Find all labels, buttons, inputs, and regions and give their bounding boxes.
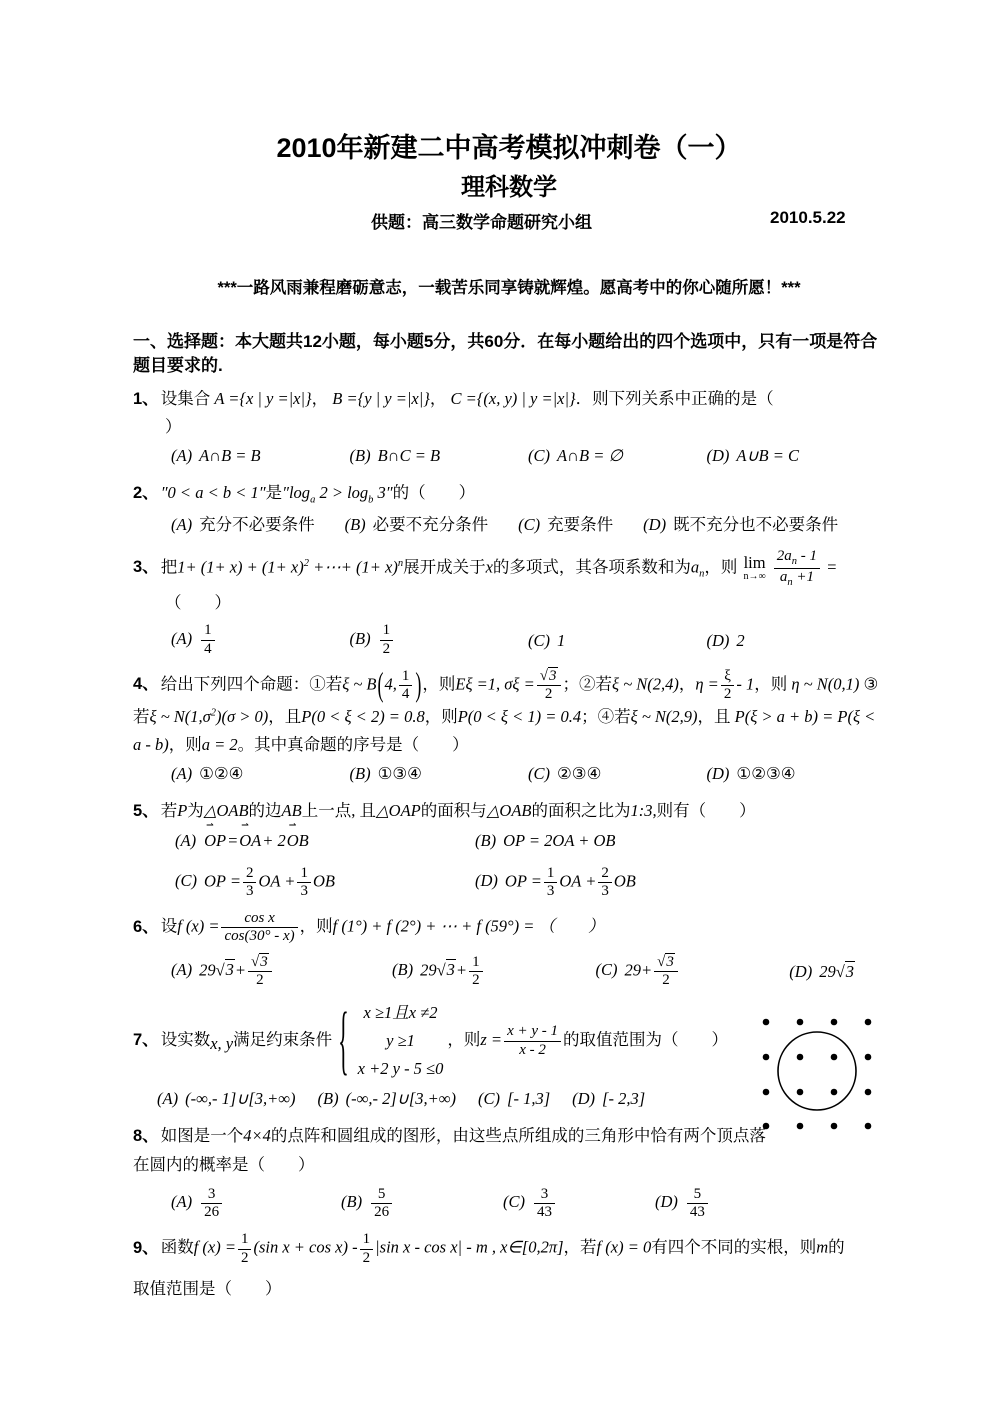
text-run: 的面积与 — [421, 801, 487, 820]
fraction-numerator: 1 — [360, 1231, 374, 1249]
fraction-denominator: 2 — [469, 972, 483, 989]
option-C: (C)②③④ — [528, 760, 707, 787]
option-value: ①②④ — [199, 764, 243, 783]
math-run: 3″ — [373, 483, 392, 502]
math-run: OP — [204, 831, 226, 850]
text-run: ， — [430, 389, 451, 408]
option-label: (B) — [318, 1089, 339, 1108]
dot-grid — [763, 1019, 872, 1130]
question-number: 8、 — [133, 1127, 159, 1145]
math-run: Eξ =1, σξ = — [455, 674, 534, 693]
option-A: (A)充分不必要条件 — [171, 511, 315, 538]
fraction: 543 — [687, 1186, 708, 1222]
option-value: 必要不充分条件 — [373, 515, 489, 534]
page-title: 2010年新建二中高考模拟冲刺卷（一） — [133, 126, 885, 165]
radicand: 3 — [665, 953, 675, 970]
option-value: A∩B = B — [199, 446, 261, 465]
math-run: OP = — [204, 871, 241, 890]
fraction-denominator: 2 — [248, 972, 272, 989]
math-run: = — [227, 831, 238, 850]
option-A: (A)14 — [171, 622, 350, 658]
fraction-denominator: 2 — [721, 686, 735, 703]
text-run: 的取值范围为（ ） — [563, 1030, 728, 1049]
question-8: 8、如图是一个4×4的点阵和圆组成的图形，由这些点所组成的三角形中恰有两个顶点落… — [133, 1122, 768, 1221]
fraction-numerator: 1 — [469, 954, 483, 972]
option-B: (B)①③④ — [350, 760, 529, 787]
section-heading: 一、选择题：本大题共12小题，每小题5分，共60分．在每小题给出的四个选项中，只… — [133, 330, 885, 378]
math-run: |sin x - cos x| - m , x∈[0,2π] — [375, 1238, 563, 1257]
math-run: OA + — [559, 871, 596, 890]
math-run: f (x) = — [194, 1238, 236, 1257]
option-value: B∩C = B — [378, 446, 440, 465]
math-run: 29 — [625, 960, 642, 979]
option-label: (A) — [157, 1089, 178, 1108]
radical-sign: √ — [836, 962, 845, 981]
fraction-numerator: cos x — [221, 910, 297, 928]
text-run: ，则 — [754, 674, 787, 693]
option-C: (C)1 — [528, 627, 707, 654]
math-run: f (x) = — [177, 917, 219, 936]
text-run: ，则 — [447, 1030, 480, 1049]
math-run: m — [816, 1238, 828, 1257]
vector: ⇀OA — [239, 827, 261, 854]
option-A: (A)326 — [171, 1186, 341, 1222]
system-lines: x ≥1且x ≠2y ≥1x +2 y - 5 ≤0 — [358, 999, 444, 1083]
text-run: 的面积之比为 — [532, 801, 631, 820]
fraction-denominator: 43 — [534, 1204, 555, 1221]
math-run: OB — [614, 871, 636, 890]
q4-options: (A)①②④ (B)①③④ (C)②③④ (D)①②③④ — [171, 760, 885, 787]
fraction-denominator: 26 — [201, 1204, 222, 1221]
math-run: OA + — [258, 871, 295, 890]
option-label: (A) — [171, 764, 192, 783]
fraction: 23 — [243, 865, 257, 901]
radical-sign: √ — [437, 960, 446, 979]
option-label: (C) — [528, 631, 550, 650]
math-run: ξ ~ N(2,4) — [612, 674, 679, 693]
fraction: 12 — [360, 1231, 374, 1267]
option-label: (D) — [707, 446, 730, 465]
math-run: +⋯+ (1+ x) — [309, 557, 398, 576]
option-value: ①③④ — [378, 764, 422, 783]
option-label: (D) — [707, 764, 730, 783]
question-number: 1、 — [133, 390, 159, 408]
fraction-numerator: 1 — [399, 668, 413, 686]
option-value: [- 1,3] — [507, 1089, 550, 1108]
math-run: f (1°) + f (2°) + ⋯ + f (59°) = （ ） — [333, 917, 605, 936]
vector-arrow: ⇀ — [289, 818, 297, 833]
fraction: √32 — [537, 668, 561, 704]
fraction-denominator: 3 — [598, 883, 612, 900]
fraction-denominator: 4 — [399, 686, 413, 703]
option-C: (C)OP =23OA +13OB — [175, 865, 475, 901]
math-run: ″0 < a < b < 1″ — [161, 483, 266, 502]
option-label: (A) — [175, 831, 196, 850]
text-run: 设集合 — [161, 389, 215, 408]
option-value: 1 — [557, 631, 565, 650]
option-D: (D)2 — [707, 627, 886, 654]
answer-blank-close: （ ） — [165, 593, 231, 612]
option-D: (D)OP =13OA +23OB — [475, 865, 885, 901]
math-run: η ~ N(0,1) — [791, 674, 859, 693]
fraction-numerator: 1 — [544, 865, 558, 883]
constraint-system: {x ≥1且x ≠2y ≥1x +2 y - 5 ≤0 — [336, 999, 443, 1083]
fraction-numerator: 2 — [243, 865, 257, 883]
fraction-numerator: 3 — [201, 1186, 222, 1204]
option-B: (B)526 — [341, 1186, 503, 1222]
fraction: 14 — [201, 622, 215, 658]
fraction: cos xcos(30° - x) — [221, 910, 297, 946]
option-label: (B) — [341, 1192, 362, 1211]
option-D: (D)①②③④ — [707, 760, 886, 787]
option-label: (B) — [475, 831, 496, 850]
text-run: 的边 — [249, 801, 282, 820]
lim-subscript: n→∞ — [744, 572, 766, 582]
fraction-numerator: 1 — [238, 1231, 252, 1249]
fraction: 13 — [544, 865, 558, 901]
text-run: ， — [312, 389, 333, 408]
fraction-denominator: 2 — [654, 972, 678, 989]
option-D: (D)543 — [655, 1186, 710, 1222]
text-run: ，且 — [698, 707, 731, 726]
fraction-numerator: 1 — [297, 865, 311, 883]
text-run: 的 — [828, 1238, 845, 1257]
question-9-line2: 取值范围是（ ） — [133, 1275, 885, 1302]
question-number: 3、 — [133, 558, 159, 576]
math-run: + — [641, 960, 652, 979]
fraction: 23 — [598, 865, 612, 901]
text-run: 设 — [161, 917, 178, 936]
math-run: △OAB — [204, 801, 249, 820]
square-root: √3 — [437, 959, 456, 979]
square-root: √3 — [216, 959, 235, 979]
fraction-denominator: 3 — [297, 883, 311, 900]
vector: ⇀OB — [287, 827, 309, 854]
option-D: (D)A∪B = C — [707, 442, 886, 469]
question-9: 9、函数f (x) =12(sin x + cos x) -12|sin x -… — [133, 1231, 885, 1302]
fraction-denominator: 26 — [371, 1204, 392, 1221]
fraction: 343 — [534, 1186, 555, 1222]
fraction-denominator: 2 — [537, 686, 561, 703]
option-value: (-∞,- 1]∪[3,+∞) — [185, 1089, 295, 1108]
text-run: ；④若 — [581, 707, 631, 726]
option-A: (A)A∩B = B — [171, 442, 350, 469]
math-run: x, y — [210, 1034, 233, 1053]
left-paren: ( — [378, 657, 384, 713]
text-run: 展开成关于 — [403, 557, 486, 576]
text-run: 是 — [266, 483, 283, 502]
vector-arrow: ⇀ — [206, 818, 214, 833]
right-paren: ) — [415, 657, 421, 713]
option-label: (C) — [528, 764, 550, 783]
fraction: x + y - 1x - 2 — [504, 1023, 561, 1059]
fraction: 2an - 1an +1 — [774, 548, 820, 589]
math-run: 1+ (1+ x) + (1+ x) — [177, 557, 304, 576]
square-root: √3 — [836, 961, 855, 981]
question-number: 5、 — [133, 802, 159, 820]
text-run: 上一点, 且 — [302, 801, 376, 820]
math-run: OA — [239, 831, 261, 850]
math-run: = — [826, 557, 837, 576]
option-value: 既不充分也不必要条件 — [673, 515, 838, 534]
circle-outline — [778, 1032, 856, 1110]
option-label: (D) — [707, 631, 730, 650]
fraction-denominator: an +1 — [774, 569, 820, 589]
option-A: (A)⇀OP=⇀OA+ 2⇀OB — [175, 827, 475, 854]
option-label: (D) — [655, 1192, 678, 1211]
option-A: (A)29√3+√32 — [171, 954, 362, 990]
option-label: (C) — [175, 871, 197, 890]
answer-blank-close: ） — [165, 417, 182, 436]
motto-line: ***一路风雨兼程磨砺意志，一载苦乐同享铸就辉煌。愿高考中的你心随所愿！*** — [133, 274, 885, 298]
math-run: ξ ~ B — [342, 674, 376, 693]
math-run: AB — [282, 801, 302, 820]
question-number: 4、 — [133, 675, 159, 693]
fraction-denominator: 2 — [360, 1250, 374, 1267]
math-run: B ={y | y =|x|} — [332, 389, 430, 408]
math-run: 2a — [777, 548, 792, 564]
radicand: 3 — [845, 961, 855, 981]
fraction-numerator: √3 — [248, 954, 272, 972]
option-B: (B)B∩C = B — [350, 442, 529, 469]
fraction-denominator: 2 — [238, 1250, 252, 1267]
option-B: (B)29√3+12 — [392, 954, 566, 990]
q5-options: (A)⇀OP=⇀OA+ 2⇀OB (B)OP = 2OA + OB (C)OP … — [175, 827, 885, 900]
question-number: 7、 — [133, 1031, 159, 1049]
constraint-line: y ≥1 — [358, 1027, 444, 1055]
text-run: 则有（ ） — [657, 801, 756, 820]
option-label: (C) — [528, 446, 550, 465]
square-root: √3 — [657, 953, 675, 970]
option-label: (B) — [350, 446, 371, 465]
math-run: △OAP — [376, 801, 421, 820]
fraction: 12 — [469, 954, 483, 990]
option-label: (B) — [345, 515, 366, 534]
question-number: 9、 — [133, 1239, 159, 1257]
provider-row: 供题：高三数学命题研究小组 2010.5.22 — [133, 208, 885, 234]
exam-paper-page: 2010年新建二中高考模拟冲刺卷（一） 理科数学 供题：高三数学命题研究小组 2… — [0, 0, 1000, 1415]
constraint-line: x +2 y - 5 ≤0 — [358, 1055, 444, 1083]
q6-options: (A)29√3+√32 (B)29√3+12 (C)29+√32 (D)29√3 — [171, 954, 885, 990]
limit-operator: limn→∞ — [744, 555, 766, 583]
option-value: [- 2,3] — [602, 1089, 645, 1108]
math-run: 29 — [420, 960, 437, 979]
option-value: A∩B = ∅ — [557, 446, 623, 465]
math-run: x — [486, 557, 493, 576]
fraction-numerator: √3 — [654, 954, 678, 972]
text-run: 如图是一个 — [161, 1126, 244, 1145]
system-brace: { — [338, 978, 349, 1105]
math-run: a — [691, 557, 699, 576]
text-run: 函数 — [161, 1238, 194, 1257]
math-run: )(σ > 0) — [216, 707, 268, 726]
fraction-numerator: 2 — [598, 865, 612, 883]
math-run: 1:3, — [631, 801, 657, 820]
option-A: (A)①②④ — [171, 760, 350, 787]
fraction-denominator: 2 — [380, 641, 394, 658]
option-C: (C)343 — [503, 1186, 655, 1222]
option-label: (D) — [572, 1089, 595, 1108]
math-run: a = 2 — [202, 735, 238, 754]
vector: ⇀OP — [204, 827, 226, 854]
question-3: 3、把1+ (1+ x) + (1+ x)2 +⋯+ (1+ x)n展开成关于x… — [133, 548, 885, 658]
provider-label: 供题：高三数学命题研究小组 — [371, 208, 592, 233]
fraction-numerator: x + y - 1 — [504, 1023, 561, 1041]
math-run: f (x) = 0 — [597, 1238, 652, 1257]
fraction: 13 — [297, 865, 311, 901]
radicand: 3 — [259, 953, 269, 970]
option-label: (D) — [475, 871, 498, 890]
fraction: 14 — [399, 668, 413, 704]
math-run: - 1 — [736, 674, 754, 693]
option-value: 充分不必要条件 — [199, 515, 315, 534]
math-run: P(0 < ξ < 2) = 0.8 — [301, 707, 424, 726]
lim-word: lim — [744, 553, 766, 572]
fraction-numerator: 5 — [687, 1186, 708, 1204]
question-1: 1、设集合 A ={x | y =|x|}， B ={y | y =|x|}， … — [133, 385, 885, 470]
fraction-numerator: 1 — [201, 622, 215, 640]
q2-options: (A)充分不必要条件 (B)必要不充分条件 (C)充要条件 (D)既不充分也不必… — [171, 511, 885, 538]
math-run: 29 — [819, 962, 836, 981]
option-value: ②③④ — [557, 764, 601, 783]
option-D: (D)29√3 — [789, 958, 855, 985]
math-run: + — [235, 960, 246, 979]
radicand: 3 — [446, 959, 456, 979]
text-run: 满足约束条件 — [233, 1030, 332, 1049]
fraction-denominator: cos(30° - x) — [221, 928, 297, 945]
option-value: 2 — [736, 631, 744, 650]
option-D: (D)[- 2,3] — [572, 1085, 645, 1112]
math-run: P(0 < ξ < 1) = 0.4 — [458, 707, 581, 726]
fraction-denominator: 3 — [544, 883, 558, 900]
option-C: (C)[- 1,3] — [478, 1085, 550, 1112]
text-run: ，则 — [425, 707, 458, 726]
option-label: (B) — [392, 960, 413, 979]
option-C: (C)充要条件 — [518, 511, 613, 538]
math-run: ξ ~ N(1,σ — [150, 707, 211, 726]
square-root: √3 — [540, 667, 558, 684]
question-number: 2、 — [133, 484, 159, 502]
math-run: + — [456, 960, 467, 979]
option-value: A∪B = C — [736, 446, 799, 465]
math-run: 2 > log — [315, 483, 368, 502]
math-run: P — [177, 801, 187, 820]
math-run: 4, — [385, 674, 397, 693]
page-subtitle: 理科数学 — [133, 167, 885, 202]
fraction: 12 — [380, 622, 394, 658]
option-label: (B) — [350, 629, 371, 648]
option-B: (B)必要不充分条件 — [345, 511, 489, 538]
math-run: C ={(x, y) | y =|x|} — [451, 389, 576, 408]
option-A: (A)(-∞,- 1]∪[3,+∞) — [157, 1085, 296, 1112]
fraction: 326 — [201, 1186, 222, 1222]
fraction-denominator: 3 — [243, 883, 257, 900]
fraction-numerator: 1 — [380, 622, 394, 640]
text-run: ，则 — [300, 917, 333, 936]
text-run: 为 — [187, 801, 204, 820]
fraction-numerator: ξ — [721, 668, 735, 686]
math-run: △OAB — [487, 801, 532, 820]
text-run: 设实数 — [161, 1030, 211, 1049]
option-B: (B)OP = 2OA + OB — [475, 827, 885, 854]
option-label: (B) — [350, 764, 371, 783]
option-label: (C) — [503, 1192, 525, 1211]
text-run: ，若 — [564, 1238, 597, 1257]
text-run: 。其中真命题的序号是（ ） — [238, 735, 469, 754]
text-run: ，且 — [268, 707, 301, 726]
radical-sign: √ — [540, 668, 548, 684]
math-run: OP = — [505, 871, 542, 890]
option-C: (C)A∩B = ∅ — [528, 442, 707, 469]
fraction-numerator: 3 — [534, 1186, 555, 1204]
fraction-numerator: √3 — [537, 668, 561, 686]
constraint-line: x ≥1且x ≠2 — [358, 999, 444, 1027]
math-run: ξ ~ N(2,9) — [631, 707, 698, 726]
option-C: (C)29+√32 — [596, 954, 760, 990]
q1-options: (A)A∩B = B (B)B∩C = B (C)A∩B = ∅ (D)A∪B … — [171, 442, 885, 469]
option-label: (C) — [596, 960, 618, 979]
question-4: 4、给出下列四个命题：①若ξ ~ B(4,14)，则Eξ =1, σξ =√32… — [133, 668, 885, 787]
math-run: - 1 — [797, 548, 817, 564]
text-run: 的（ ） — [393, 483, 476, 502]
text-run: 把 — [161, 557, 178, 576]
math-run: OB — [287, 831, 309, 850]
option-label: (A) — [171, 515, 192, 534]
question-number: 6、 — [133, 918, 159, 936]
square-root: √3 — [251, 953, 269, 970]
radicand: 3 — [225, 959, 235, 979]
fraction-denominator: 43 — [687, 1204, 708, 1221]
math-run: OB — [313, 871, 335, 890]
text-run: 给出下列四个命题：①若 — [161, 674, 343, 693]
option-label: (A) — [171, 446, 192, 465]
option-value: OP = 2OA + OB — [503, 831, 615, 850]
question-5: 5、若P为△OAB的边AB上一点, 且△OAP的面积与△OAB的面积之比为1:3… — [133, 797, 885, 900]
option-label: (A) — [171, 960, 192, 979]
option-value: ①②③④ — [736, 764, 795, 783]
text-run: ．则下列关系中正确的是（ — [576, 389, 774, 408]
fraction-denominator: 4 — [201, 641, 215, 658]
fraction-numerator: 5 — [371, 1186, 392, 1204]
text-run: ，则 — [169, 735, 202, 754]
math-run: z = — [480, 1030, 502, 1049]
fraction-numerator: 2an - 1 — [774, 548, 820, 569]
option-label: (C) — [518, 515, 540, 534]
text-run: 的多项式，其各项系数和为 — [493, 557, 691, 576]
vector-arrow: ⇀ — [241, 818, 249, 833]
math-run: ″log — [282, 483, 310, 502]
option-label: (A) — [171, 629, 192, 648]
text-run: ，则 — [704, 557, 737, 576]
fraction: √32 — [248, 954, 272, 990]
option-label: (D) — [789, 962, 812, 981]
fraction: 12 — [238, 1231, 252, 1267]
option-B: (B)12 — [350, 622, 529, 658]
text-run: 若 — [161, 801, 178, 820]
math-run: 29 — [199, 960, 216, 979]
math-run: A ={x | y =|x|} — [214, 389, 311, 408]
math-run: +1 — [793, 569, 814, 585]
radical-sign: √ — [216, 960, 225, 979]
option-value: 充要条件 — [547, 515, 613, 534]
text-run: ，则 — [422, 674, 455, 693]
option-value: (-∞,- 2]∪[3,+∞) — [346, 1089, 456, 1108]
exam-date: 2010.5.22 — [770, 208, 846, 228]
fraction: √32 — [654, 954, 678, 990]
q3-options: (A)14 (B)12 (C)1 (D)2 — [171, 622, 885, 658]
fraction: ξ2 — [721, 668, 735, 704]
question-2: 2、″0 < a < b < 1″是″loga 2 > logb 3″的（ ） … — [133, 479, 885, 538]
